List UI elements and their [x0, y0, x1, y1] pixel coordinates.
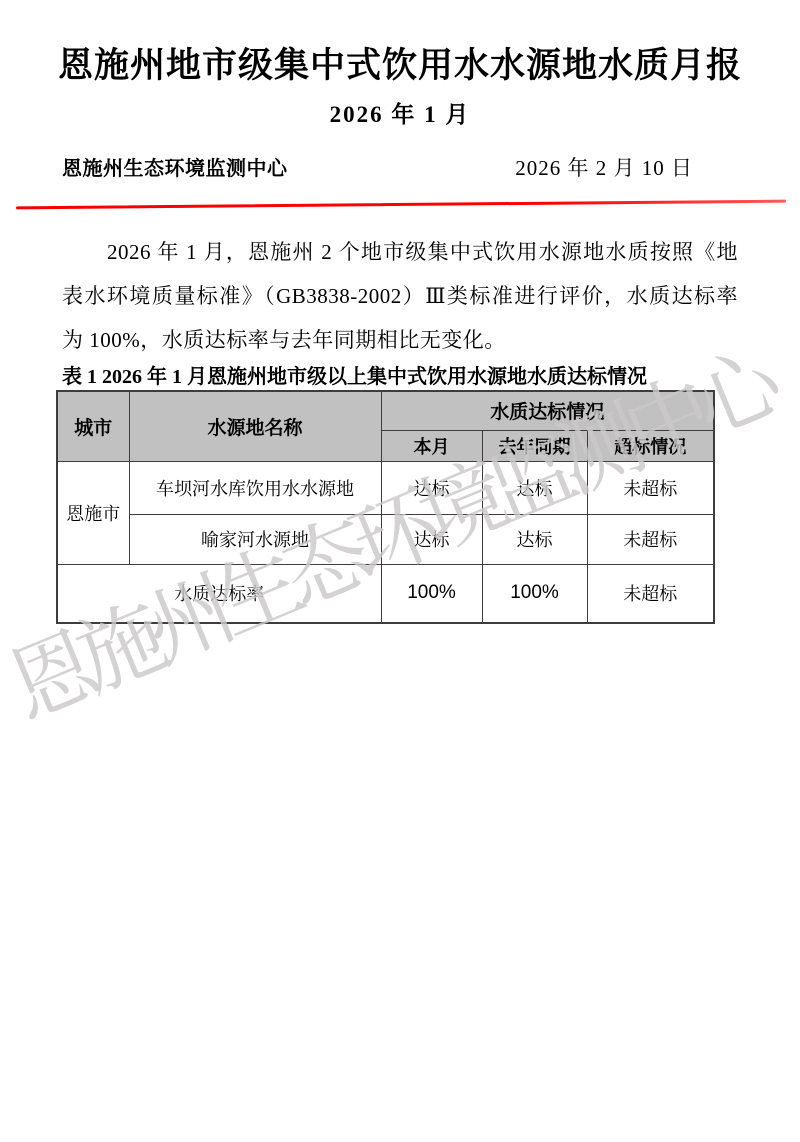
table-summary-row: 水质达标率 100% 100% 未超标: [57, 564, 714, 623]
paragraph-line-2: 表水环境质量标准》（GB3838-2002）Ⅲ类标准进行评价，水质达标率: [62, 274, 738, 318]
header-source-name: 水源地名称: [129, 391, 381, 461]
header-city: 城市: [57, 391, 129, 461]
summary-paragraph: 2026 年 1 月，恩施州 2 个地市级集中式饮用水源地水质按照《地 表水环境…: [62, 230, 738, 362]
table-row: 恩施市 车坝河水库饮用水水源地 达标 达标 未超标: [57, 461, 714, 514]
issue-date: 2026 年 2 月 10 日: [515, 152, 693, 182]
cell-summary-last-year: 100%: [482, 564, 587, 623]
table-row: 喻家河水源地 达标 达标 未超标: [57, 514, 714, 564]
paragraph-line-3: 为 100%，水质达标率与去年同期相比无变化。: [62, 318, 738, 362]
cell-summary-current: 100%: [381, 564, 482, 623]
report-page: 恩施州地市级集中式饮用水水源地水质月报 2026 年 1 月 恩施州生态环境监测…: [0, 0, 800, 1142]
cell-summary-exceed: 未超标: [587, 564, 714, 623]
water-quality-table: 城市 水源地名称 水质达标情况 本月 去年同期 超标情况 恩施市 车坝河水库饮用…: [56, 390, 715, 624]
cell-exceed: 未超标: [587, 461, 714, 514]
table-caption: 表 1 2026 年 1 月恩施州地市级以上集中式饮用水源地水质达标情况: [62, 360, 647, 389]
issuer-org: 恩施州生态环境监测中心: [62, 152, 288, 181]
cell-current: 达标: [381, 514, 482, 564]
header-last-year: 去年同期: [482, 430, 587, 461]
header-compliance-group: 水质达标情况: [381, 391, 714, 430]
header-current-month: 本月: [381, 430, 482, 461]
cell-exceed: 未超标: [587, 514, 714, 564]
cell-last-year: 达标: [482, 461, 587, 514]
byline: 恩施州生态环境监测中心 2026 年 2 月 10 日: [62, 152, 693, 182]
cell-source-name: 喻家河水源地: [129, 514, 381, 564]
header-exceed-status: 超标情况: [587, 430, 714, 461]
cell-last-year: 达标: [482, 514, 587, 564]
cell-source-name: 车坝河水库饮用水水源地: [129, 461, 381, 514]
report-title: 恩施州地市级集中式饮用水水源地水质月报: [0, 38, 800, 88]
report-subtitle: 2026 年 1 月: [0, 96, 800, 129]
cell-city: 恩施市: [57, 461, 129, 564]
cell-summary-label: 水质达标率: [57, 564, 381, 623]
cell-current: 达标: [381, 461, 482, 514]
paragraph-line-1: 2026 年 1 月，恩施州 2 个地市级集中式饮用水源地水质按照《地: [62, 230, 738, 274]
red-divider-line: [16, 200, 786, 210]
